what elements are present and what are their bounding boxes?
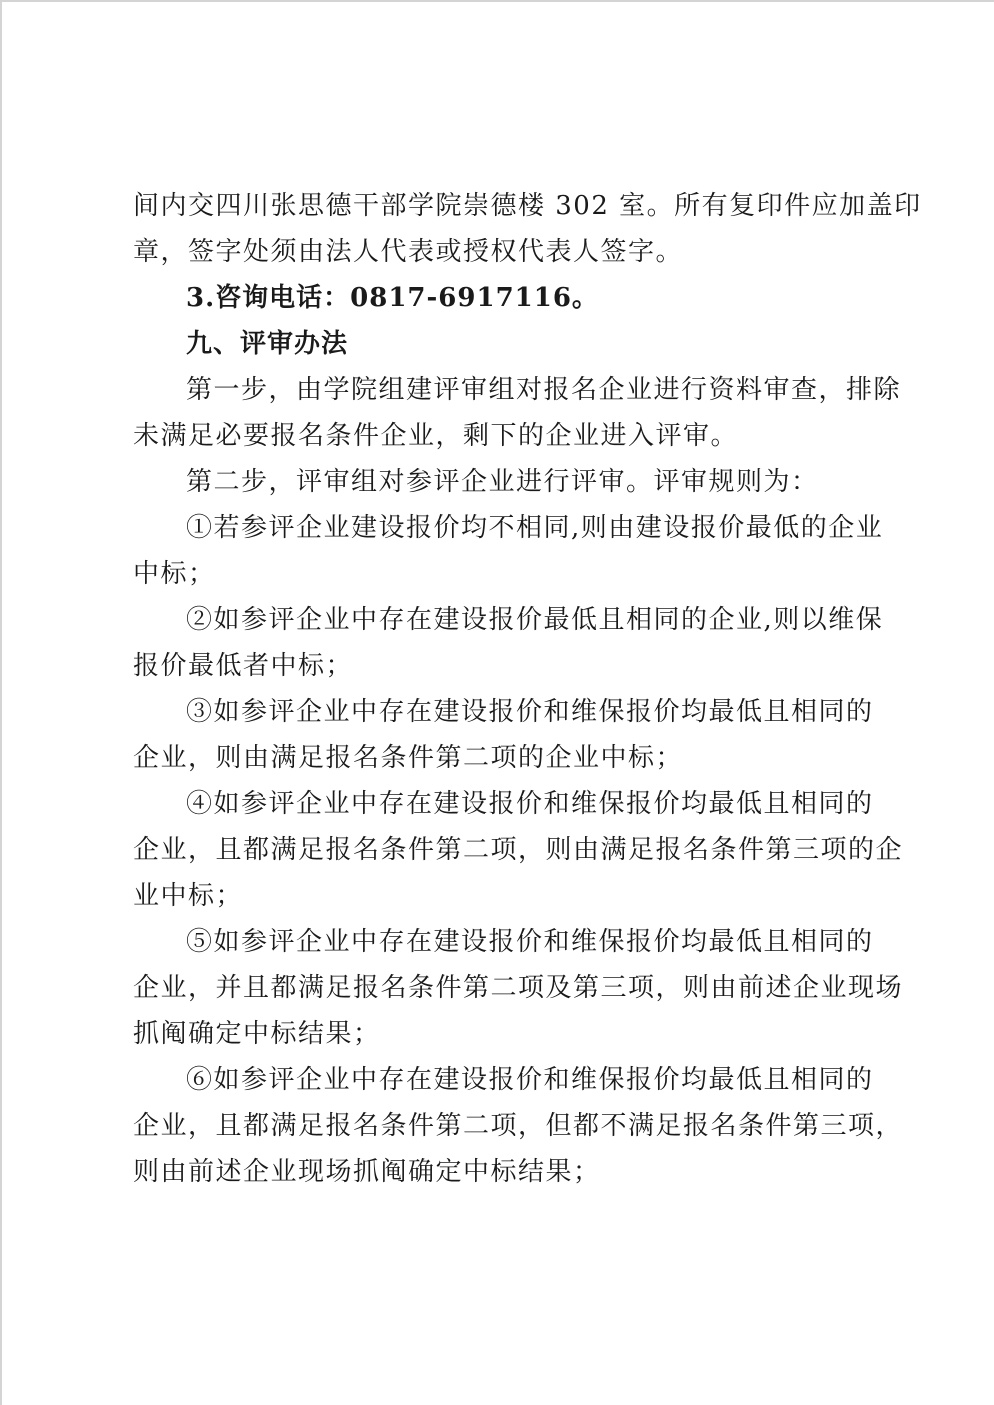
text-line: 则由前述企业现场抓阄确定中标结果；: [133, 1149, 869, 1195]
text-line: ③如参评企业中存在建设报价和维保报价均最低且相同的: [133, 689, 869, 735]
text-line: 第二步，评审组对参评企业进行评审。评审规则为：: [133, 459, 869, 505]
rule-item-2: ②如参评企业中存在建设报价最低且相同的企业,则以维保 报价最低者中标；: [133, 597, 869, 689]
text-line: ④如参评企业中存在建设报价和维保报价均最低且相同的: [133, 781, 869, 827]
section-title: 九、评审办法: [133, 321, 869, 367]
paragraph-contact-phone: 3.咨询电话：0817-6917116。: [133, 275, 869, 321]
paragraph-submission-note: 间内交四川张思德干部学院崇德楼 302 室。所有复印件应加盖印 章，签字处须由法…: [133, 183, 869, 275]
rule-item-5: ⑤如参评企业中存在建设报价和维保报价均最低且相同的 企业，并且都满足报名条件第二…: [133, 919, 869, 1057]
text-line: ⑥如参评企业中存在建设报价和维保报价均最低且相同的: [133, 1057, 869, 1103]
text-line: 企业，且都满足报名条件第二项，但都不满足报名条件第三项，: [133, 1103, 869, 1149]
text-line: 未满足必要报名条件企业，剩下的企业进入评审。: [133, 413, 869, 459]
paragraph-step-one: 第一步，由学院组建评审组对报名企业进行资料审查，排除 未满足必要报名条件企业，剩…: [133, 367, 869, 459]
text-line: 中标；: [133, 551, 869, 597]
contact-phone-line: 3.咨询电话：0817-6917116。: [133, 275, 869, 321]
rule-item-3: ③如参评企业中存在建设报价和维保报价均最低且相同的 企业，则由满足报名条件第二项…: [133, 689, 869, 781]
text-line: 抓阄确定中标结果；: [133, 1011, 869, 1057]
text-line: ①若参评企业建设报价均不相同,则由建设报价最低的企业: [133, 505, 869, 551]
document-body: 间内交四川张思德干部学院崇德楼 302 室。所有复印件应加盖印 章，签字处须由法…: [133, 183, 869, 1195]
text-line: 企业，则由满足报名条件第二项的企业中标；: [133, 735, 869, 781]
text-line: 报价最低者中标；: [133, 643, 869, 689]
text-line: ⑤如参评企业中存在建设报价和维保报价均最低且相同的: [133, 919, 869, 965]
text-line: 企业，并且都满足报名条件第二项及第三项，则由前述企业现场: [133, 965, 869, 1011]
text-line: 第一步，由学院组建评审组对报名企业进行资料审查，排除: [133, 367, 869, 413]
rule-item-1: ①若参评企业建设报价均不相同,则由建设报价最低的企业 中标；: [133, 505, 869, 597]
text-line: 章，签字处须由法人代表或授权代表人签字。: [133, 229, 869, 275]
text-line: ②如参评企业中存在建设报价最低且相同的企业,则以维保: [133, 597, 869, 643]
rule-item-6: ⑥如参评企业中存在建设报价和维保报价均最低且相同的 企业，且都满足报名条件第二项…: [133, 1057, 869, 1195]
rule-item-4: ④如参评企业中存在建设报价和维保报价均最低且相同的 企业，且都满足报名条件第二项…: [133, 781, 869, 919]
text-line: 业中标；: [133, 873, 869, 919]
text-line: 间内交四川张思德干部学院崇德楼 302 室。所有复印件应加盖印: [133, 183, 869, 229]
paragraph-step-two: 第二步，评审组对参评企业进行评审。评审规则为：: [133, 459, 869, 505]
section-heading: 九、评审办法: [133, 321, 869, 367]
document-page: 间内交四川张思德干部学院崇德楼 302 室。所有复印件应加盖印 章，签字处须由法…: [2, 2, 994, 1405]
text-line: 企业，且都满足报名条件第二项，则由满足报名条件第三项的企: [133, 827, 869, 873]
